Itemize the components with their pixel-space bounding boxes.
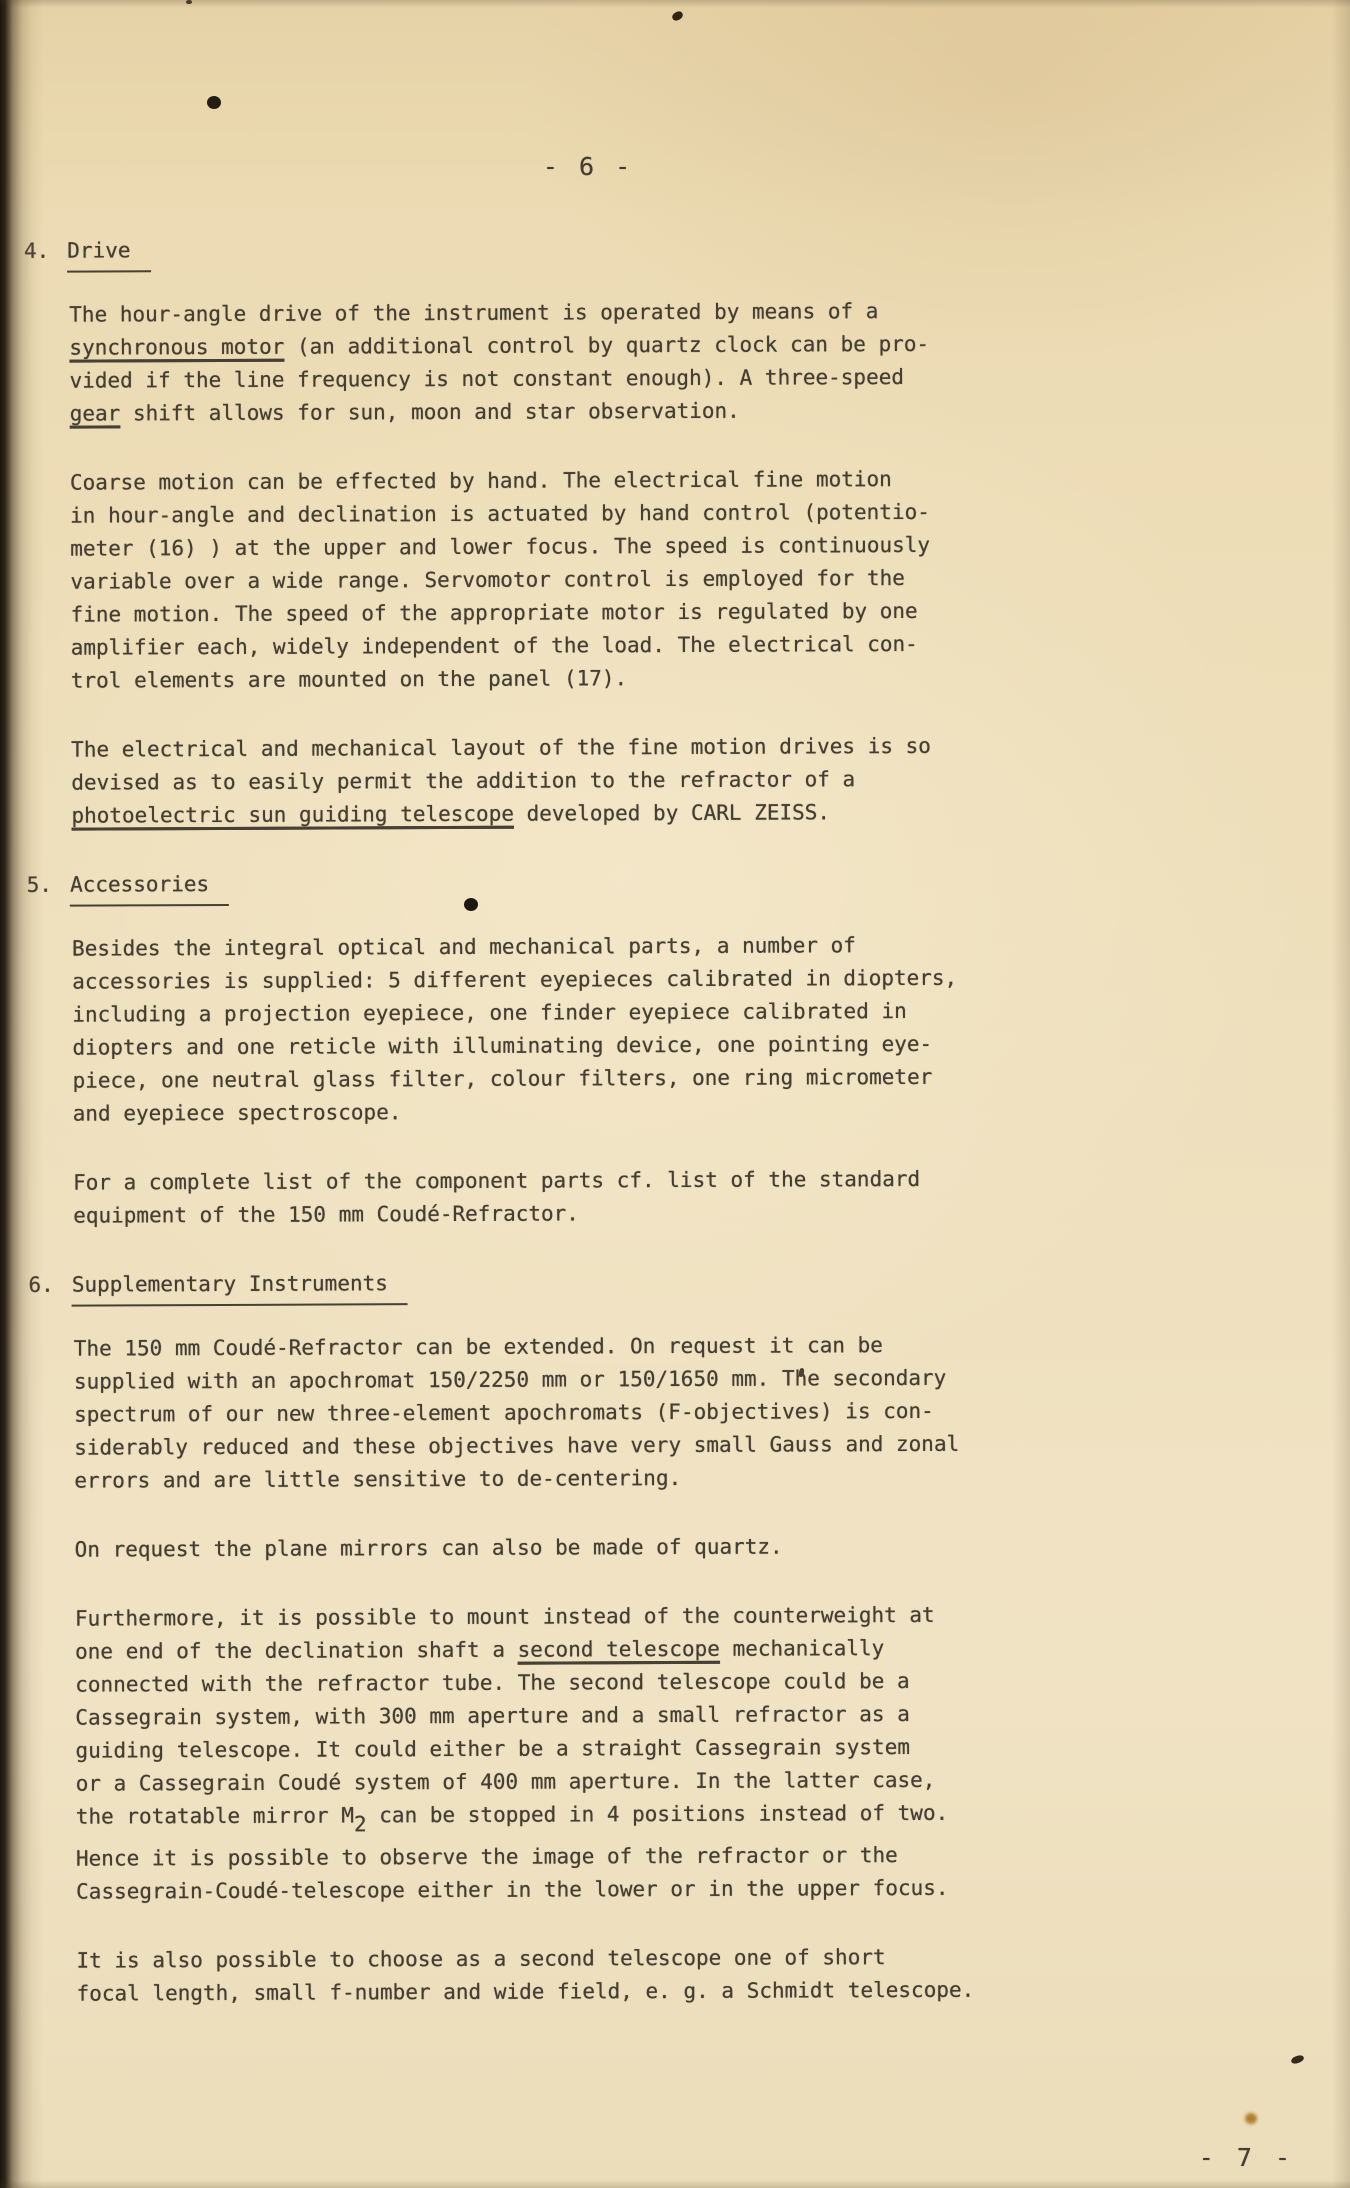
underlined-text: synchronous motor bbox=[69, 335, 284, 360]
text-line: On request the plane mirrors can also be… bbox=[75, 1528, 1350, 1567]
subscript-text: 2 bbox=[354, 1812, 367, 1836]
text-segment: and eyepiece spectroscope. bbox=[73, 1100, 402, 1125]
text-segment: amplifier each, widely independent of th… bbox=[71, 632, 918, 660]
ink-dot bbox=[464, 898, 478, 911]
paragraph: Furthermore, it is possible to mount ins… bbox=[75, 1597, 1350, 1908]
text-line: and eyepiece spectroscope. bbox=[73, 1092, 1350, 1131]
underlined-text: photoelectric sun guiding telescope bbox=[71, 802, 514, 828]
text-segment: spectrum of our new three-element apochr… bbox=[74, 1399, 934, 1427]
text-segment: supplied with an apochromat 150/2250 mm … bbox=[74, 1366, 946, 1394]
text-line: The electrical and mechanical layout of … bbox=[71, 728, 1349, 767]
text-segment: The 150 mm Coudé-Refractor can be extend… bbox=[74, 1333, 883, 1361]
text-line: Hence it is possible to observe the imag… bbox=[76, 1837, 1350, 1876]
text-line: devised as to easily permit the addition… bbox=[71, 761, 1349, 800]
document-section: 4.DriveThe hour-angle drive of the instr… bbox=[0, 229, 1350, 833]
text-segment: The electrical and mechanical layout of … bbox=[71, 734, 931, 762]
paper-edge-shadow-left bbox=[0, 0, 44, 2188]
text-segment: errors and are little sensitive to de-ce… bbox=[74, 1466, 681, 1493]
text-line: diopters and one reticle with illuminati… bbox=[72, 1026, 1350, 1065]
paragraph: For a complete list of the component par… bbox=[73, 1161, 1350, 1233]
text-segment: equipment of the 150 mm Coudé-Refractor. bbox=[73, 1201, 579, 1227]
text-line: siderably reduced and these objectives h… bbox=[74, 1426, 1350, 1465]
text-segment: variable over a wide range. Servomotor c… bbox=[70, 566, 905, 594]
text-line: Coarse motion can be effected by hand. T… bbox=[70, 461, 1348, 500]
paragraph: The electrical and mechanical layout of … bbox=[71, 728, 1349, 833]
text-line: For a complete list of the component par… bbox=[73, 1161, 1350, 1200]
text-segment: diopters and one reticle with illuminati… bbox=[72, 1032, 932, 1060]
text-line: photoelectric sun guiding telescope deve… bbox=[71, 794, 1349, 833]
text-segment: trol elements are mounted on the panel (… bbox=[71, 666, 627, 692]
text-segment: in hour-angle and declination is actuate… bbox=[70, 500, 930, 528]
paragraph: It is also possible to choose as a secon… bbox=[76, 1939, 1350, 2011]
text-segment: one end of the declination shaft a bbox=[75, 1638, 518, 1664]
text-segment: piece, one neutral glass filter, colour … bbox=[73, 1065, 933, 1093]
section-title: Supplementary Instruments bbox=[72, 1267, 408, 1306]
text-line: equipment of the 150 mm Coudé-Refractor. bbox=[73, 1194, 1350, 1233]
text-line: spectrum of our new three-element apochr… bbox=[74, 1393, 1350, 1432]
text-line: accessories is supplied: 5 different eye… bbox=[72, 960, 1350, 999]
text-segment: mechanically bbox=[720, 1636, 884, 1661]
underlined-text: second telescope bbox=[518, 1637, 720, 1662]
text-line: Cassegrain-Coudé-telescope either in the… bbox=[76, 1870, 1350, 1909]
section-heading: 5.Accessories bbox=[27, 863, 1350, 907]
text-line: errors and are little sensitive to de-ce… bbox=[74, 1459, 1350, 1498]
text-segment: vided if the line frequency is not const… bbox=[69, 365, 904, 393]
underlined-text: gear bbox=[70, 401, 121, 425]
text-line: meter (16) ) at the upper and lower focu… bbox=[70, 527, 1348, 566]
paper-edge-shadow-bottom bbox=[0, 2180, 1350, 2188]
text-line: in hour-angle and declination is actuate… bbox=[70, 494, 1348, 533]
document-body: 4.DriveThe hour-angle drive of the instr… bbox=[0, 229, 1350, 2011]
paragraph: Coarse motion can be effected by hand. T… bbox=[70, 461, 1349, 698]
ink-dot bbox=[207, 96, 221, 109]
section-heading: 6.Supplementary Instruments bbox=[28, 1263, 1350, 1307]
text-segment: Cassegrain-Coudé-telescope either in the… bbox=[76, 1876, 948, 1904]
text-segment: It is also possible to choose as a secon… bbox=[76, 1945, 885, 1973]
paragraph: Besides the integral optical and mechani… bbox=[72, 927, 1350, 1131]
text-line: guiding telescope. It could either be a … bbox=[75, 1729, 1350, 1768]
text-segment: shift allows for sun, moon and star obse… bbox=[120, 399, 740, 426]
text-line: fine motion. The speed of the appropriat… bbox=[70, 593, 1348, 632]
text-segment: Hence it is possible to observe the imag… bbox=[76, 1843, 898, 1871]
text-line: variable over a wide range. Servomotor c… bbox=[70, 560, 1348, 599]
ink-mark bbox=[1290, 2054, 1305, 2065]
text-line: connected with the refractor tube. The s… bbox=[75, 1663, 1350, 1702]
section-title: Drive bbox=[67, 234, 150, 272]
text-line: the rotatable mirror M2 can be stopped i… bbox=[76, 1795, 1350, 1842]
text-segment: siderably reduced and these objectives h… bbox=[74, 1432, 959, 1460]
paper-edge-shadow-top bbox=[0, 0, 1350, 8]
paragraph: The hour-angle drive of the instrument i… bbox=[69, 293, 1348, 431]
text-line: amplifier each, widely independent of th… bbox=[71, 626, 1349, 665]
ink-mark bbox=[671, 10, 685, 22]
text-segment: or a Cassegrain Coudé system of 400 mm a… bbox=[76, 1768, 936, 1796]
text-line: The 150 mm Coudé-Refractor can be extend… bbox=[74, 1327, 1350, 1366]
paragraph: On request the plane mirrors can also be… bbox=[75, 1528, 1350, 1567]
text-segment: connected with the refractor tube. The s… bbox=[75, 1669, 910, 1697]
text-line: gear shift allows for sun, moon and star… bbox=[70, 392, 1348, 431]
scanned-document-page: - 6 - 4.DriveThe hour-angle drive of the… bbox=[0, 0, 1350, 2188]
text-segment: On request the plane mirrors can also be… bbox=[75, 1535, 783, 1562]
text-segment: Coarse motion can be effected by hand. T… bbox=[70, 467, 892, 495]
text-line: or a Cassegrain Coudé system of 400 mm a… bbox=[76, 1762, 1350, 1801]
text-line: Furthermore, it is possible to mount ins… bbox=[75, 1597, 1350, 1636]
document-section: 5.AccessoriesBesides the integral optica… bbox=[0, 863, 1350, 1233]
text-line: synchronous motor (an additional control… bbox=[69, 326, 1347, 365]
text-segment: focal length, small f-number and wide fi… bbox=[77, 1978, 975, 2006]
text-segment: developed by CARL ZEISS. bbox=[514, 800, 830, 825]
section-heading: 4.Drive bbox=[24, 229, 1347, 273]
text-line: trol elements are mounted on the panel (… bbox=[71, 659, 1349, 698]
text-segment: fine motion. The speed of the appropriat… bbox=[71, 599, 918, 627]
text-line: vided if the line frequency is not const… bbox=[69, 359, 1347, 398]
text-segment: The hour-angle drive of the instrument i… bbox=[69, 299, 878, 327]
text-segment: (an additional control by quartz clock c… bbox=[284, 332, 929, 359]
page-number-top: - 6 - bbox=[0, 150, 1176, 183]
text-line: including a projection eyepiece, one fin… bbox=[72, 993, 1350, 1032]
text-line: supplied with an apochromat 150/2250 mm … bbox=[74, 1360, 1350, 1399]
text-segment: accessories is supplied: 5 different eye… bbox=[72, 966, 957, 994]
text-segment: including a projection eyepiece, one fin… bbox=[72, 999, 907, 1027]
paper-edge-shadow-right bbox=[1332, 0, 1350, 2188]
page-number-bottom: - 7 - bbox=[1199, 2141, 1294, 2174]
rust-spot bbox=[1245, 2113, 1257, 2124]
text-line: one end of the declination shaft a secon… bbox=[75, 1630, 1350, 1669]
text-line: Besides the integral optical and mechani… bbox=[72, 927, 1350, 966]
text-segment: can be stopped in 4 positions instead of… bbox=[367, 1801, 949, 1828]
text-segment: guiding telescope. It could either be a … bbox=[75, 1735, 910, 1763]
text-segment: devised as to easily permit the addition… bbox=[71, 767, 855, 794]
text-line: focal length, small f-number and wide fi… bbox=[77, 1972, 1350, 2011]
text-line: The hour-angle drive of the instrument i… bbox=[69, 293, 1347, 332]
section-title: Accessories bbox=[70, 868, 229, 907]
document-section: 6.Supplementary InstrumentsThe 150 mm Co… bbox=[1, 1263, 1350, 2011]
text-line: Cassegrain system, with 300 mm aperture … bbox=[75, 1696, 1350, 1735]
text-segment: Cassegrain system, with 300 mm aperture … bbox=[75, 1702, 910, 1730]
text-segment: meter (16) ) at the upper and lower focu… bbox=[70, 533, 930, 561]
text-line: It is also possible to choose as a secon… bbox=[76, 1939, 1350, 1978]
text-segment: For a complete list of the component par… bbox=[73, 1167, 920, 1195]
paragraph: The 150 mm Coudé-Refractor can be extend… bbox=[74, 1327, 1350, 1498]
text-segment: Furthermore, it is possible to mount ins… bbox=[75, 1603, 935, 1631]
text-line: piece, one neutral glass filter, colour … bbox=[73, 1059, 1350, 1098]
text-segment: the rotatable mirror M bbox=[76, 1803, 354, 1828]
text-segment: Besides the integral optical and mechani… bbox=[72, 933, 856, 960]
